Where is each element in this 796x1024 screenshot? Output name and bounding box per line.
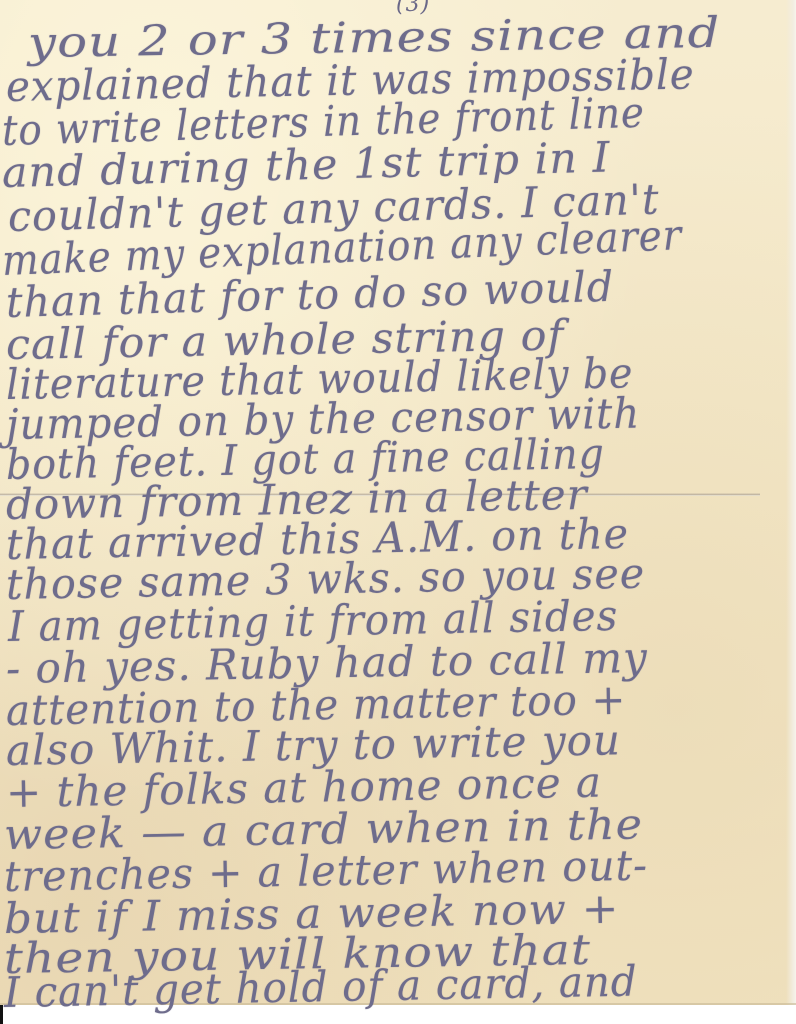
letter-paper: (3) you 2 or 3 times since and explained… (0, 0, 796, 1005)
letter-line: I can't get hold of a card, and (4, 960, 638, 1014)
scan-edge-mark (0, 1005, 3, 1024)
paper-right-edge (786, 0, 796, 1005)
